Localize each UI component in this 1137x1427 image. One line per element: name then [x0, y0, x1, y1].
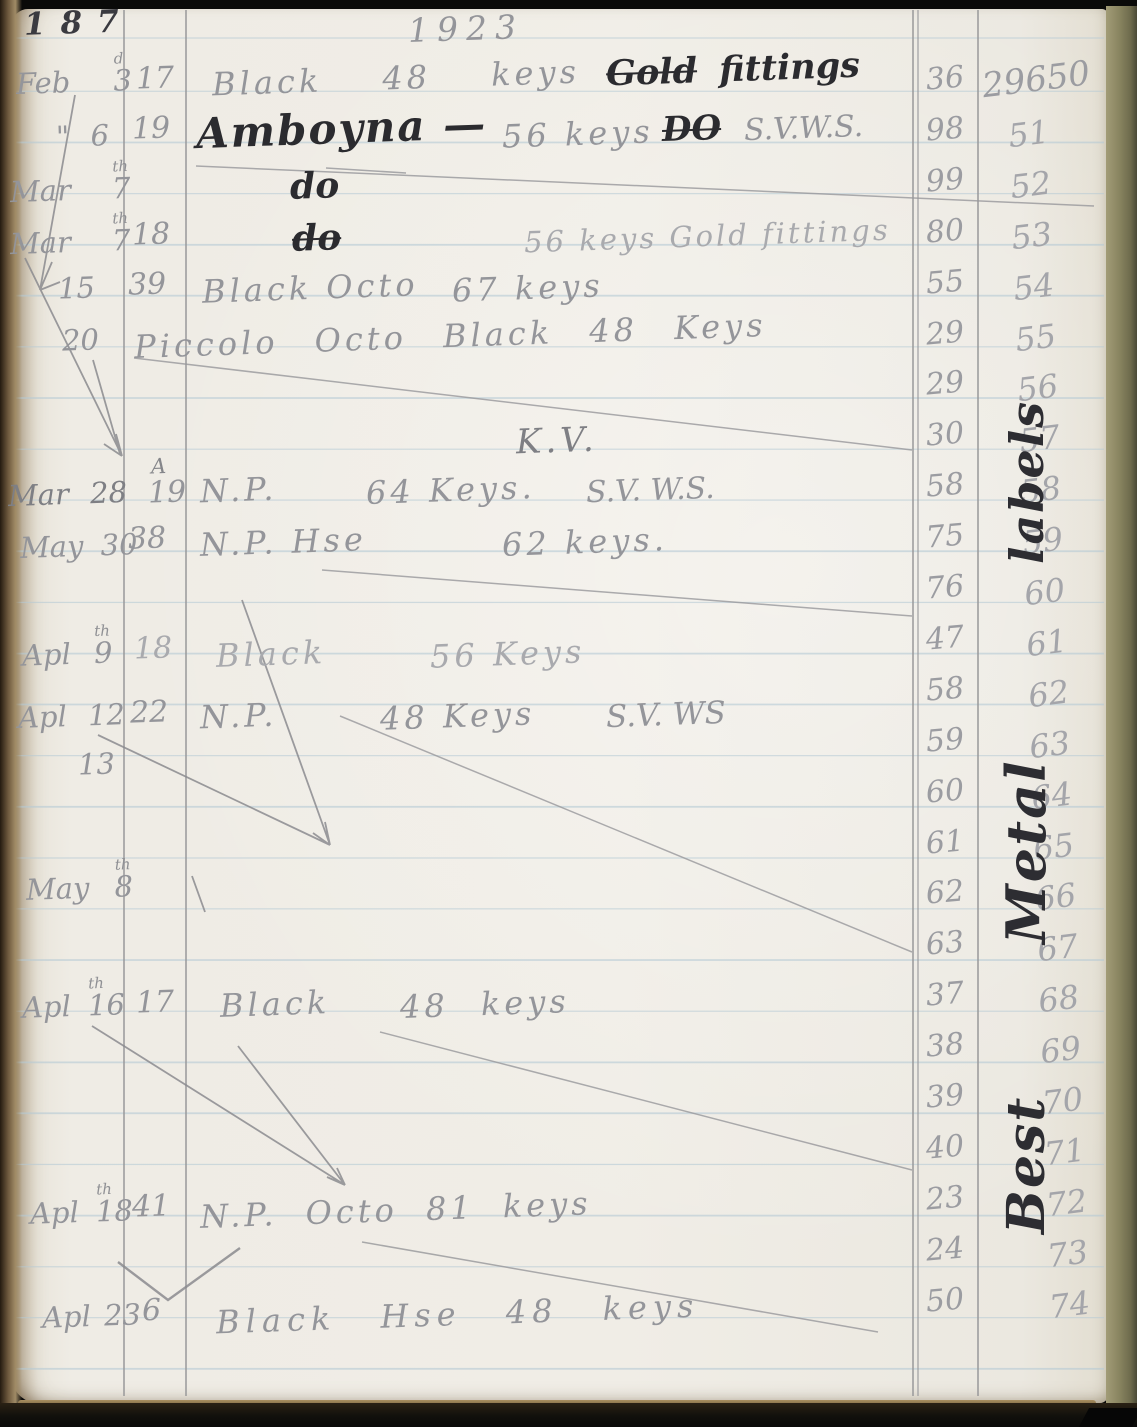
day-number: 15: [57, 270, 95, 305]
day-number: 12: [87, 697, 125, 732]
photo-bottom-border: [0, 1403, 1137, 1427]
day-number: 3: [113, 63, 133, 98]
amount-cell: 39: [915, 1077, 976, 1117]
entry-cell: 18: [133, 633, 172, 664]
day-suffix: th: [112, 211, 128, 227]
desc-ink-cell: Amboyna —: [195, 103, 487, 155]
day: 6: [90, 121, 109, 151]
day: th7: [112, 174, 131, 204]
day-suffix: th: [96, 1182, 112, 1198]
amount-cell: 38: [915, 1026, 976, 1066]
desc-cell: Black Octo: [202, 268, 420, 308]
date-cell: " 6: [56, 121, 110, 152]
desc-cell: 56 keys: [501, 115, 654, 152]
amount-cell: 76: [915, 568, 976, 608]
month: Apl: [21, 637, 71, 673]
day-number: 20: [61, 322, 99, 357]
desc-cell: S.V.W.S.: [744, 112, 864, 146]
date-cell: Mar th7: [10, 226, 131, 259]
entry-cell: 17: [135, 63, 174, 94]
day: th9: [93, 638, 112, 668]
day-number: 6: [90, 118, 110, 153]
date-cell: Mar th7: [10, 174, 131, 207]
day: th7: [112, 226, 131, 256]
desc-cell: N.P.: [199, 699, 277, 734]
day: 15: [58, 273, 96, 303]
desc-cell: S.V. W.S.: [586, 474, 716, 508]
side-note-labels: labels: [1000, 292, 1054, 564]
ledger-photo: 187 1923 Feb d3 17 Black 48 keys Gold fi…: [0, 0, 1137, 1427]
amount-cell: 30: [915, 415, 976, 455]
year-heading: 1923: [407, 10, 524, 47]
day: 12: [87, 700, 125, 730]
ink-word: fittings: [718, 45, 860, 91]
desc-cell: S.V. WS: [605, 698, 726, 733]
month: Mar: [7, 477, 69, 513]
day-number: 16: [87, 987, 125, 1022]
day-number: 7: [111, 171, 131, 206]
entry-cell: 19: [131, 113, 170, 144]
desc-cell: 64 Keys.: [365, 471, 536, 509]
desc-cell: N.P.: [199, 473, 277, 508]
struck-word: DO: [661, 111, 721, 147]
day: 13: [78, 749, 116, 779]
desc-cell: Black: [219, 986, 330, 1022]
ditto-mark: ": [55, 119, 70, 153]
amount-cell: 98: [915, 109, 976, 149]
desc-cell: 67 keys: [451, 269, 604, 306]
amount-cell: 58: [915, 466, 976, 506]
date-cell: Apl th9: [22, 638, 113, 670]
month: Apl: [29, 1195, 79, 1231]
day-number: 23: [103, 1297, 141, 1332]
month: Apl: [41, 1299, 91, 1335]
desc-cell: Black: [215, 636, 326, 672]
date-cell: Apl th16: [22, 990, 126, 1023]
amount-cell: 23: [915, 1178, 976, 1218]
day-number: 18: [95, 1193, 133, 1228]
date-cell: Mar 28: [8, 478, 128, 511]
entry-cell: 39: [127, 269, 166, 300]
day-suffix: d: [113, 51, 123, 66]
desc-cell: 62 keys.: [501, 523, 668, 561]
amount-cell: 61: [915, 822, 976, 862]
entry-superscript: A: [151, 456, 167, 478]
day: 28: [90, 478, 128, 508]
amount-cell: 60: [915, 771, 976, 811]
day: th8: [114, 872, 133, 902]
kv-note: K.V.: [515, 423, 598, 460]
day-number: 8: [114, 869, 134, 904]
date-cell: Feb d3: [16, 66, 133, 99]
desc-cell: 56 Keys: [429, 635, 585, 672]
amount-cell: 59: [915, 720, 976, 760]
page-number: 187: [23, 6, 134, 41]
desc-ink-cell: Gold fittings: [605, 48, 860, 92]
date-cell: Apl th18: [30, 1196, 134, 1229]
day-number: 28: [89, 475, 127, 510]
date-cell: Apl 12: [18, 700, 126, 733]
month: Mar: [9, 173, 71, 209]
amount-cell: 36: [915, 59, 976, 99]
amount-cell: 40: [915, 1127, 976, 1167]
date-cell: 20: [62, 325, 100, 355]
amount-cell: 50: [915, 1280, 976, 1320]
date-cell: 15: [58, 273, 96, 303]
amount-cell: 58: [915, 669, 976, 709]
date-cell: Apl 23: [42, 1300, 142, 1332]
month: Mar: [9, 225, 71, 261]
day: th18: [96, 1196, 134, 1226]
month: Apl: [21, 989, 71, 1025]
month: May: [25, 871, 90, 907]
ditto-do-struck: do: [291, 219, 341, 257]
day-suffix: th: [88, 976, 104, 992]
month: May: [19, 529, 84, 565]
amount-cell: 99: [915, 160, 976, 200]
date-cell: 13: [78, 749, 116, 779]
amount-cell: 55: [915, 262, 976, 302]
day-number: 13: [77, 746, 115, 781]
amount-cell: 24: [915, 1229, 976, 1269]
side-note-metal: Metal: [994, 628, 1058, 944]
amount-cell: 62: [915, 873, 976, 913]
amount-cell: 29: [915, 313, 976, 353]
desc-cell: N.P. Hse: [199, 523, 367, 561]
day-number: 9: [93, 635, 113, 670]
entry-cell: 18: [131, 219, 170, 250]
month: Feb: [15, 65, 70, 101]
entry-number: 19: [147, 474, 186, 510]
side-note-best: Best: [996, 1022, 1057, 1234]
day-number: 7: [111, 223, 131, 258]
entry-cell: 38: [127, 523, 166, 554]
amount-cell: 63: [915, 924, 976, 964]
entry-cell: 22: [129, 697, 168, 728]
desc-cell: 48 Keys: [379, 697, 535, 734]
entry-cell: A19: [147, 477, 186, 508]
month: Apl: [17, 699, 67, 735]
amount-cell: 47: [915, 618, 976, 658]
day-suffix: th: [112, 159, 128, 175]
amount-cell: 29: [915, 364, 976, 404]
day-suffix: th: [94, 624, 110, 640]
day: th16: [88, 990, 126, 1020]
entry-cell: 6: [141, 1296, 161, 1327]
amount-cell: 80: [915, 211, 976, 251]
date-cell: May 30: [20, 530, 138, 563]
entry-cell: 17: [135, 987, 174, 1018]
day: 23: [104, 1300, 142, 1330]
day-suffix: th: [115, 857, 131, 873]
entry-cell: 41: [131, 1191, 170, 1222]
day: d3: [113, 66, 132, 96]
ditto-do: do: [289, 167, 339, 205]
day: 20: [62, 325, 100, 355]
amount-cell: 37: [915, 975, 976, 1015]
amount-cell: 75: [915, 517, 976, 557]
struck-word: Gold: [605, 50, 697, 94]
date-cell: May th8: [26, 872, 134, 905]
bottom-right-shadow: [1079, 1408, 1137, 1427]
desc-cell: 48 keys: [399, 985, 570, 1023]
